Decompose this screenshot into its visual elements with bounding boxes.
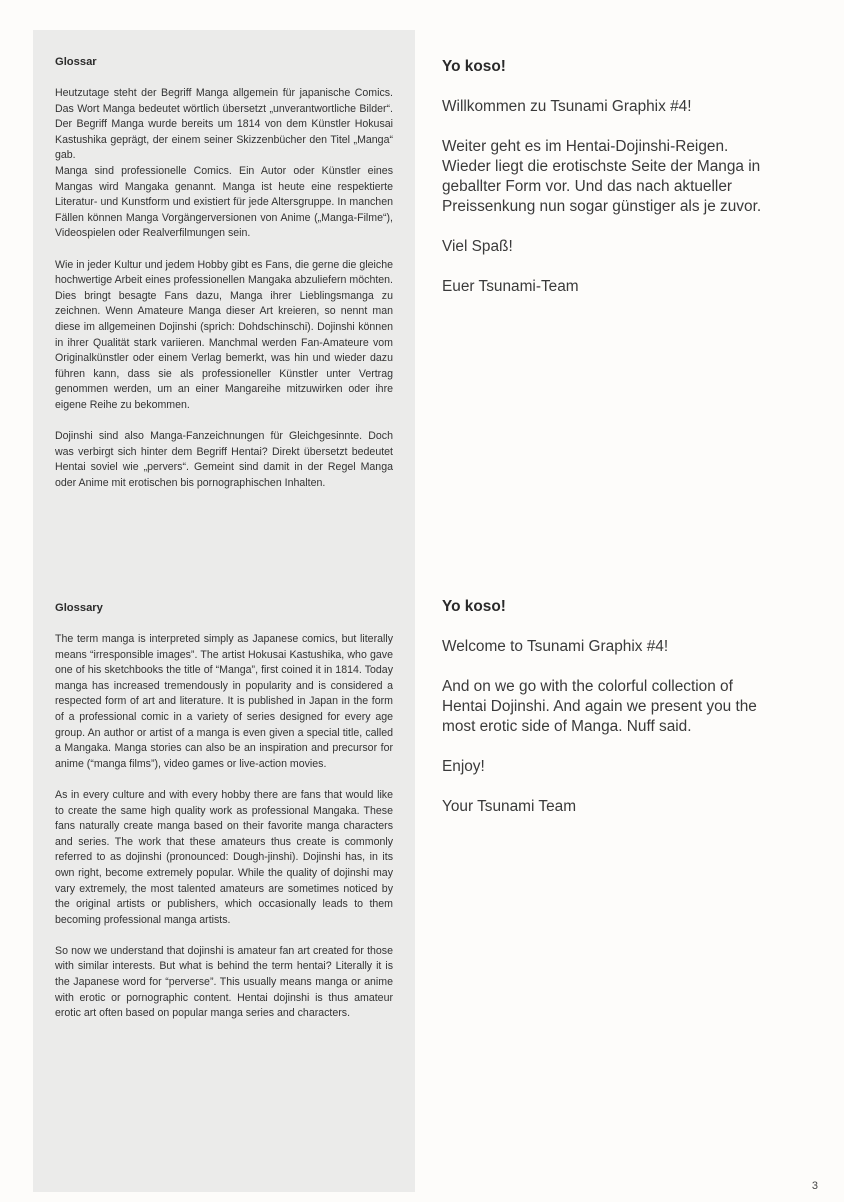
page-number: 3: [812, 1180, 818, 1192]
glossary-german-heading: Glossar: [55, 55, 393, 69]
welcome-german-body-line: Weiter geht es im Hentai-Dojinshi-Reigen…: [442, 138, 728, 155]
welcome-english-body-line: And on we go with the colorful collectio…: [442, 678, 733, 695]
welcome-german-body-line: Wieder liegt die erotischste Seite der M…: [442, 158, 760, 175]
welcome-german-signature: Euer Tsunami-Team: [442, 277, 822, 297]
welcome-english-heading: Yo koso!: [442, 597, 822, 617]
welcome-german-heading: Yo koso!: [442, 57, 822, 77]
glossary-german-paragraph: Wie in jeder Kultur und jedem Hobby gibt…: [55, 258, 393, 414]
welcome-german: Yo koso! Willkommen zu Tsunami Graphix #…: [442, 57, 822, 317]
welcome-english-signature: Your Tsunami Team: [442, 797, 822, 817]
glossary-german: Glossar Heutzutage steht der Begriff Man…: [55, 55, 393, 507]
welcome-english: Yo koso! Welcome to Tsunami Graphix #4! …: [442, 597, 822, 837]
welcome-english-body-line: most erotic side of Manga. Nuff said.: [442, 718, 692, 735]
glossary-english-paragraph: The term manga is interpreted simply as …: [55, 632, 393, 772]
glossary-english-paragraph: So now we understand that dojinshi is am…: [55, 944, 393, 1022]
glossary-german-paragraph: Heutzutage steht der Begriff Manga allge…: [55, 86, 393, 164]
glossary-english: Glossary The term manga is interpreted s…: [55, 601, 393, 1037]
welcome-english-body: And on we go with the colorful collectio…: [442, 677, 822, 737]
welcome-english-greeting: Welcome to Tsunami Graphix #4!: [442, 637, 822, 657]
welcome-german-body-line: Preissenkung nun sogar günstiger als je …: [442, 198, 761, 215]
glossary-german-paragraph: Manga sind professionelle Comics. Ein Au…: [55, 164, 393, 242]
welcome-english-body-line: Hentai Dojinshi. And again we present yo…: [442, 698, 757, 715]
glossary-english-paragraph: As in every culture and with every hobby…: [55, 788, 393, 928]
welcome-german-greeting: Willkommen zu Tsunami Graphix #4!: [442, 97, 822, 117]
glossary-german-paragraph: Dojinshi sind also Manga-Fanzeichnungen …: [55, 429, 393, 491]
welcome-german-closing: Viel Spaß!: [442, 237, 822, 257]
welcome-english-closing: Enjoy!: [442, 757, 822, 777]
welcome-german-body: Weiter geht es im Hentai-Dojinshi-Reigen…: [442, 137, 822, 217]
glossary-english-heading: Glossary: [55, 601, 393, 615]
welcome-german-body-line: geballter Form vor. Und das nach aktuell…: [442, 178, 732, 195]
